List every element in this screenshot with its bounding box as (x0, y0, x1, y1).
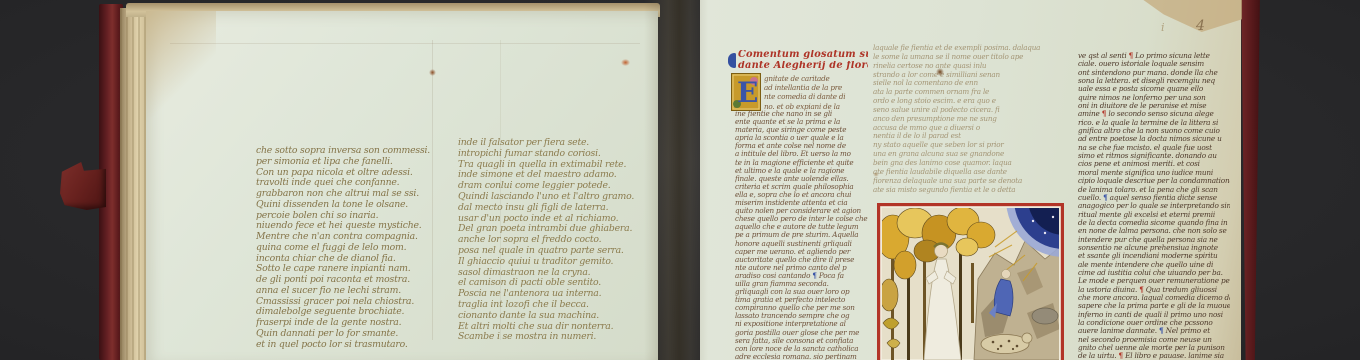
manuscript-line: inde il falsator per fiera sete. (458, 138, 660, 149)
manuscript-line: sera fatta, sile consona et confiata (735, 337, 877, 345)
manuscript-line: cionanto dante la sua machina. (458, 311, 660, 322)
manuscript-line: nte autore nel primo canto del p (735, 264, 877, 272)
rubric-line: dante Alegherij de florentia. (738, 61, 868, 72)
manuscript-line: seno salue unire al podecto cicera. fi (873, 106, 1041, 115)
manuscript-line: fiorenza delaquale una sua parte se deno… (873, 177, 1041, 186)
manuscript-line: bein gna des lanimo cose quamor. laqua (873, 159, 1041, 168)
manuscript-line: sonsentio ne alcune prehensiua ingnote (1078, 244, 1230, 252)
manuscript-line: accusa de mmo que a diuersi o (873, 124, 1041, 133)
manuscript-line: ad intellantia de la pre (764, 83, 872, 92)
red-pilcrow-icon: ¶ (1129, 52, 1133, 60)
book-cover-right-edge (1239, 0, 1261, 360)
manuscript-line: pe a primum de pre sturim. Aquella (735, 231, 877, 239)
manuscript-line: compiranno quello che per me son (735, 304, 877, 312)
manuscript-line: de la decta comedia sicome quando fina i… (1078, 219, 1230, 227)
manuscript-line: le some la umana se il nome ouer titolo … (873, 53, 1041, 62)
manuscript-line: sona la lettera. et disegli recemgiu neq (1078, 77, 1230, 85)
manuscript-line: quito nolen per considerare et agion (735, 207, 877, 215)
manuscript-line: ni expositione interpretatione al (735, 320, 877, 328)
manuscript-line: Sotto le cape ranere inpianti nam. (256, 264, 438, 275)
manuscript-line: ata la parte commen ornam fra le (873, 88, 1041, 97)
manuscript-line: ine fientie che nano in se gli (735, 110, 877, 118)
manuscript-line: moral mente significa uno iudice muni (1078, 169, 1230, 177)
manuscript-line: ordo e long stoio escim. e era quo e (873, 97, 1041, 106)
ink-spot (873, 172, 879, 177)
blue-paraph-icon (728, 53, 736, 68)
manuscript-line: percoie bolen chi so inaria. (256, 211, 438, 222)
manuscript-line: quire nimos ne lonferno per una son (1078, 94, 1230, 102)
manuscript-line: ale mente intendere che quello uine di (1078, 261, 1230, 269)
manuscript-line: miserim instidente attenta et cia (735, 199, 877, 207)
blue-pilcrow-icon: ¶ (1103, 194, 1107, 202)
manuscript-line: na se che fue mcisto. el quale fue uost (1078, 144, 1230, 152)
manuscript-line: anco den presumptione me ne sung (873, 115, 1041, 124)
manuscript-line: inferno in canti de quali il primo uno n… (1078, 311, 1230, 319)
manuscript-line: materia, que siringe come peste (735, 126, 877, 134)
rubric-title: Comentum glosatum super dante Alegherij … (738, 50, 868, 71)
manuscript-line: el camison di pacti oble sentito. (458, 278, 660, 289)
folio-number: 4 (1196, 18, 1205, 34)
manuscript-line: che sotto sopra inversa son commessi. (256, 146, 438, 157)
manuscript-photo: che sotto sopra inversa son commessi.per… (0, 0, 1360, 360)
manuscript-line: Con un papa nicola et oltre adessi. (256, 168, 438, 179)
manuscript-line: aradiso cosi cantando ¶ Poca fa (735, 272, 877, 280)
manuscript-line: dal mecto insu gli figli de laterra. (458, 203, 660, 214)
manuscript-line: uale essa e posta sicome quane ello (1078, 85, 1230, 93)
right-page-column-1-head: gnitate de caritadead intellantia de la … (764, 74, 872, 111)
manuscript-line: de la uirtu. ¶ El libro e pauase. lanime… (1078, 352, 1230, 360)
manuscript-line: grliquagli con la sua ouer loro op (735, 288, 877, 296)
manuscript-line: traglia int lozofi che il becca. (458, 300, 660, 311)
manuscript-line: tima gratia et perfecto intelecto (735, 296, 877, 304)
manuscript-line: uilla gran fiamma seconda. (735, 280, 877, 288)
manuscript-line: de lanima tolaro. et la pena che gli sca… (1078, 186, 1230, 194)
manuscript-line: adre ecclesia romana. sio pertinam (735, 353, 877, 360)
ink-spot (936, 68, 944, 76)
manuscript-line: ve qst al senti ¶ Lo primo sicuna lette (1078, 52, 1230, 60)
manuscript-line: Quindi lasciando l'uno et l'altro gramo. (458, 192, 660, 203)
manuscript-line: auctoritate quello che dire il prese (735, 256, 877, 264)
manuscript-line: per simonia et lipa che fanelli. (256, 157, 438, 168)
manuscript-line: oni in diuitore de le peranise et mise (1078, 102, 1230, 110)
manuscript-line: apria la scontia o uer quale e la (735, 134, 877, 142)
manuscript-line: gnifica altro che la non suono come cuio (1078, 127, 1230, 135)
ink-spot (429, 69, 436, 76)
manuscript-line: cios pene et animosi meriti. et cosi (1078, 160, 1230, 168)
manuscript-line: aquello che e autore de tutte legum (735, 223, 877, 231)
rubric-line: Comentum glosatum super (738, 50, 868, 61)
illuminated-initial: E (731, 73, 761, 111)
manuscript-line: dimalebolge seguente brochiate. (256, 307, 438, 318)
manuscript-line: cipio loquale descriue per la condamnati… (1078, 177, 1230, 185)
red-pilcrow-icon: ¶ (1119, 352, 1123, 360)
manuscript-line: Mentre che n'an contra compagnia. (256, 232, 438, 243)
right-page-column-2: laquale fie fientia et de exempli posima… (873, 44, 1041, 194)
manuscript-line: ad entre poetose la docta nimos sicune u (1078, 135, 1230, 143)
red-pilcrow-icon: ¶ (1139, 286, 1143, 294)
right-page-column-3: ve qst al senti ¶ Lo primo sicuna lettec… (1078, 52, 1230, 360)
ruling-line (170, 43, 640, 44)
manuscript-line: te in la magione efficiente et quite (735, 159, 877, 167)
manuscript-line: forma et ante colse nel nome de (735, 142, 877, 150)
manuscript-line: gnito chel uenne ale morte per la puniso… (1078, 344, 1230, 352)
right-page-column-1: ine fientie che nano in se gliente quant… (735, 110, 877, 360)
manuscript-line: ate sia misto segundo fientia et le o de… (873, 186, 1041, 195)
manuscript-line: Poscia ne l'antenora ua interna. (458, 289, 660, 300)
manuscript-line: et ultimo e la quale e la ragione (735, 167, 877, 175)
manuscript-line: posa nel quale in quatro parte serra. (458, 246, 660, 257)
manuscript-line: cime ad iustitia colui che uiuando per b… (1078, 269, 1230, 277)
left-page-column-1: che sotto sopra inversa son commessi.per… (256, 146, 438, 350)
manuscript-line: inde simone et del maestro adamo. (458, 170, 660, 181)
manuscript-line: intropichi fumar stando coriosi. (458, 149, 660, 160)
manuscript-line: a intitule del libro. Et uerso la mo (735, 150, 877, 158)
folio-mark: i (1161, 21, 1165, 34)
manuscript-line: strando a lor come e similliani senan (873, 71, 1041, 80)
manuscript-line: Quin dannati per lo for smante. (256, 329, 438, 340)
manuscript-line: rico. e la quale la termine de la litter… (1078, 119, 1230, 127)
manuscript-line: grabbaron non che altrui mal se ssi. (256, 189, 438, 200)
manuscript-line: criteria et scrim quale philosophia (735, 183, 877, 191)
manuscript-line: niuendo fece et hei queste mystiche. (256, 221, 438, 232)
manuscript-line: nentia il de lo il parad est (873, 132, 1041, 141)
manuscript-line: Scambe i se mostra in numeri. (458, 332, 660, 343)
manuscript-line: et in quel pocto lor si trasmutaro. (256, 340, 438, 351)
manuscript-line: fraserpi inde de la gente nostra. (256, 318, 438, 329)
manuscript-line: la ustoria diuina. ¶ Qua tredum gliuossi (1078, 286, 1230, 294)
manuscript-line: ritual mente gli excelsi et eterni premi… (1078, 211, 1230, 219)
red-pilcrow-icon: ¶ (1102, 110, 1106, 118)
manuscript-line: Quini dissenden la tone le olsane. (256, 200, 438, 211)
manuscript-line: Il ghiaccio quiui u traditor gemito. (458, 257, 660, 268)
manuscript-line: travolti inde quei che confanne. (256, 178, 438, 189)
manuscript-line: Del gran poeta intrambi due ghiabera. (458, 224, 660, 235)
ink-spot (621, 59, 630, 66)
manuscript-line: nel secondo proemisia come neuse un (1078, 336, 1230, 344)
grey-beast (1032, 308, 1058, 324)
manuscript-line: anagogico per lo quale se interpretando … (1078, 202, 1230, 210)
manuscript-line: ente quante et se la prima e la (735, 118, 877, 126)
manuscript-line: ont sintendono pur mana. donde lla che (1078, 69, 1230, 77)
manuscript-line: anna el sucer fio ne lechi stram. (256, 286, 438, 297)
manuscript-line: ella e, sopra che lo et ancora chui (735, 191, 877, 199)
manuscript-line: ny stato aquelle que seben lor si prior (873, 141, 1041, 150)
manuscript-line: honore aquelli sustinenti grliquali (735, 240, 877, 248)
miniature-illustration-dark-wood (877, 203, 1064, 360)
manuscript-line: Et altri molti che sua dir nonterra. (458, 322, 660, 333)
manuscript-line: auere lanime dannate. ¶ Nel primo et (1078, 327, 1230, 335)
manuscript-line: inconta chiar che de dianol fia. (256, 254, 438, 265)
blue-pilcrow-icon: ¶ (812, 272, 816, 280)
manuscript-line: amine ¶ lo secondo senso sicuna alege (1078, 110, 1230, 118)
manuscript-line: nte comedia di dante di (764, 92, 872, 101)
manuscript-line: la condicione ouer ordine che pcssono (1078, 319, 1230, 327)
manuscript-line: una en grana alcuna sua se gnandone (873, 150, 1041, 159)
manuscript-line: intendere pur che quella persona sia ne (1078, 236, 1230, 244)
manuscript-line: Tra quagli in quella in extimabil rete. (458, 160, 660, 171)
manuscript-line: usar d'un pocto inde et al richiamo. (458, 214, 660, 225)
manuscript-line: gnitate de caritade (764, 74, 872, 83)
left-page-column-2: inde il falsator per fiera sete.intropic… (458, 138, 660, 343)
manuscript-line: quina come el fuggi de lelo mom. (256, 243, 438, 254)
manuscript-line: caper me uerano. et agliendo per (735, 248, 877, 256)
manuscript-line: de gli ponti poi raconta et mostra. (256, 275, 438, 286)
manuscript-line: sapere che la prima parte e gli de la mu… (1078, 302, 1230, 310)
manuscript-line: rinelia certose no ante quasi inlu (873, 62, 1041, 71)
manuscript-line: simo et ritmos significante. donando au (1078, 152, 1230, 160)
blue-pilcrow-icon: ¶ (1159, 327, 1163, 335)
manuscript-line: anche lor sopra el freddo cocto. (458, 235, 660, 246)
manuscript-line: Le mode e perquen ouer remuneratione per (1078, 277, 1230, 285)
svg-text:E: E (737, 76, 758, 109)
manuscript-line: et ssante gli incendiani moderne spiritu (1078, 252, 1230, 260)
manuscript-line: sielle nol la comentano de enn (873, 79, 1041, 88)
manuscript-line: ate fientia laudabile diquella ase dante (873, 168, 1041, 177)
manuscript-line: con lore noce de la sancta catholica (735, 345, 877, 353)
manuscript-line: dram conlui come leggier potede. (458, 181, 660, 192)
manuscript-line: cuello. ¶ aquel senso fientia dicte sens… (1078, 194, 1230, 202)
manuscript-line: lassato trancendo sempre che og (735, 312, 877, 320)
manuscript-line: chese quello pero de inter le colse che (735, 215, 877, 223)
manuscript-line: sasol dimastraon ne la cryna. (458, 268, 660, 279)
manuscript-line: finale. queste ante uolende ellas. (735, 175, 877, 183)
manuscript-line: ciale. ouero istoriale loquale sensim (1078, 60, 1230, 68)
manuscript-line: che more ancora. laqual comedia dicemo d… (1078, 294, 1230, 302)
manuscript-line: Cmassissi gracer poi nela chiostra. (256, 297, 438, 308)
manuscript-line: laquale fie fientia et de exempli posima… (873, 44, 1041, 53)
manuscript-line: goria postilla ouer glose che per me (735, 329, 877, 337)
manuscript-line: en none de lalma persona. che non solo s… (1078, 227, 1230, 235)
